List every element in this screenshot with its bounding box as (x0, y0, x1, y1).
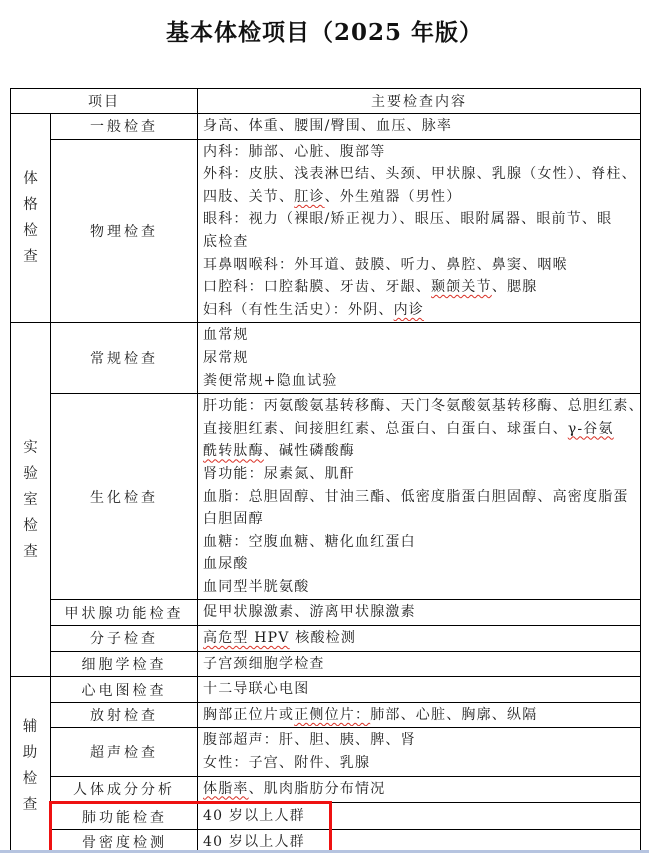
table-row: 分子检查高危型 HPV 核酸检测 (11, 626, 641, 652)
table-row: 体 格 检 查一般检查身高、体重、腰围/臀围、血压、脉率 (11, 114, 641, 140)
content-line: 血常规 (203, 324, 638, 347)
subcategory-cell: 人体成分分析 (51, 776, 198, 803)
content-line: 促甲状腺激素、游离甲状腺激素 (203, 601, 638, 624)
content-cell: 腹部超声：肝、胆、胰、脾、肾女性：子宫、附件、乳腺 (198, 728, 641, 776)
table-row: 生化检查肝功能：丙氨酸氨基转移酶、天门冬氨酸氨基转移酶、总胆红素、直接胆红素、间… (11, 394, 641, 600)
content-line: 粪便常规+隐血试验 (203, 370, 638, 393)
spellcheck-underlined-text: γ-谷氨 (568, 421, 614, 437)
content-cell: 内科：肺部、心脏、腹部等外科：皮肤、浅表淋巴结、头颈、甲状腺、乳腺（女性）、脊柱… (198, 139, 641, 323)
content-line: 内科：肺部、心脏、腹部等 (203, 141, 638, 164)
category-cell: 实 验 室 检 查 (11, 323, 51, 677)
content-cell: 血常规尿常规粪便常规+隐血试验 (198, 323, 641, 394)
content-line: 血脂：总胆固醇、甘油三酯、低密度脂蛋白胆固醇、高密度脂蛋 (203, 486, 638, 509)
subcategory-cell: 分子检查 (51, 626, 198, 652)
table-row: 辅 助 检 查心电图检查十二导联心电图 (11, 677, 641, 703)
table-row: 放射检查胸部正位片或正侧位片：肺部、心脏、胸廓、纵隔 (11, 702, 641, 728)
content-line: 酰转肽酶、碱性磷酸酶 (203, 440, 638, 463)
document-page: 基本体检项目（2025 年版） 项目 主要检查内容 体 格 检 查一般检查身高、… (0, 0, 649, 853)
table-row: 物理检查内科：肺部、心脏、腹部等外科：皮肤、浅表淋巴结、头颈、甲状腺、乳腺（女性… (11, 139, 641, 323)
content-line: 体脂率、肌肉脂肪分布情况 (203, 778, 638, 801)
content-cell: 十二导联心电图 (198, 677, 641, 703)
content-cell: 促甲状腺激素、游离甲状腺激素 (198, 600, 641, 626)
content-cell: 肝功能：丙氨酸氨基转移酶、天门冬氨酸氨基转移酶、总胆红素、直接胆红素、间接胆红素… (198, 394, 641, 600)
content-cell: 胸部正位片或正侧位片：肺部、心脏、胸廓、纵隔 (198, 702, 641, 728)
content-line: 胸部正位片或正侧位片：肺部、心脏、胸廓、纵隔 (203, 704, 638, 727)
content-line: 尿常规 (203, 347, 638, 370)
spellcheck-underlined-text: 颞颌关节 (431, 279, 492, 295)
subcategory-cell: 放射检查 (51, 702, 198, 728)
content-cell: 体脂率、肌肉脂肪分布情况 (198, 776, 641, 803)
subcategory-cell: 心电图检查 (51, 677, 198, 703)
subcategory-cell: 超声检查 (51, 728, 198, 776)
spellcheck-underlined-text: 酰转肽酶 (203, 443, 264, 459)
content-line: 直接胆红素、间接胆红素、总蛋白、白蛋白、球蛋白、γ-谷氨 (203, 418, 638, 441)
content-line: 身高、体重、腰围/臀围、血压、脉率 (203, 115, 638, 138)
table-row: 实 验 室 检 查常规检查血常规尿常规粪便常规+隐血试验 (11, 323, 641, 394)
subcategory-cell: 肺功能检查 (51, 803, 198, 830)
content-line: 十二导联心电图 (203, 678, 638, 701)
table-header-row: 项目 主要检查内容 (11, 89, 641, 114)
exam-items-table: 项目 主要检查内容 体 格 检 查一般检查身高、体重、腰围/臀围、血压、脉率物理… (10, 88, 641, 853)
spellcheck-underlined-text: 高危型 HPV (203, 630, 290, 646)
table-row: 肺功能检查40 岁以上人群 (11, 803, 641, 830)
content-line: 血同型半胱氨酸 (203, 576, 638, 599)
content-line: 底检查 (203, 231, 638, 254)
table-row: 人体成分分析体脂率、肌肉脂肪分布情况 (11, 776, 641, 803)
content-line: 妇科（有性生活史）：外阴、内诊 (203, 299, 638, 322)
subcategory-cell: 物理检查 (51, 139, 198, 323)
subcategory-cell: 一般检查 (51, 114, 198, 140)
content-cell: 40 岁以上人群 (198, 803, 331, 830)
header-item-column: 项目 (11, 89, 198, 114)
table-body: 体 格 检 查一般检查身高、体重、腰围/臀围、血压、脉率物理检查内科：肺部、心脏… (11, 114, 641, 853)
content-line: 四肢、关节、肛诊、外生殖器（男性） (203, 186, 638, 209)
content-cell: 高危型 HPV 核酸检测 (198, 626, 641, 652)
content-line: 40 岁以上人群 (203, 805, 327, 828)
table-row: 超声检查腹部超声：肝、胆、胰、脾、肾女性：子宫、附件、乳腺 (11, 728, 641, 776)
content-line: 腹部超声：肝、胆、胰、脾、肾 (203, 729, 638, 752)
subcategory-cell: 细胞学检查 (51, 651, 198, 677)
subcategory-cell: 甲状腺功能检查 (51, 600, 198, 626)
spellcheck-underlined-text: 体脂率 (203, 781, 249, 797)
subcategory-cell: 常规检查 (51, 323, 198, 394)
content-line: 高危型 HPV 核酸检测 (203, 627, 638, 650)
content-line: 白胆固醇 (203, 508, 638, 531)
header-content-column: 主要检查内容 (198, 89, 641, 114)
content-line: 子宫颈细胞学检查 (203, 653, 638, 676)
content-line: 肝功能：丙氨酸氨基转移酶、天门冬氨酸氨基转移酶、总胆红素、 (203, 395, 638, 418)
content-line: 外科：皮肤、浅表淋巴结、头颈、甲状腺、乳腺（女性）、脊柱、 (203, 163, 638, 186)
spellcheck-underlined-text: 肛诊 (294, 189, 324, 205)
content-line: 口腔科：口腔黏膜、牙齿、牙龈、颞颌关节、腮腺 (203, 276, 638, 299)
spellcheck-underlined-text: 内诊 (394, 302, 424, 318)
content-cell: 身高、体重、腰围/臀围、血压、脉率 (198, 114, 641, 140)
content-line: 眼科：视力（裸眼/矫正视力）、眼压、眼附属器、眼前节、眼 (203, 208, 638, 231)
empty-cell (331, 803, 641, 830)
content-line: 肾功能：尿素氮、肌酐 (203, 463, 638, 486)
content-cell: 子宫颈细胞学检查 (198, 651, 641, 677)
content-line: 女性：子宫、附件、乳腺 (203, 752, 638, 775)
spellcheck-underlined-text: 正侧位片： (294, 707, 370, 723)
page-title: 基本体检项目（2025 年版） (0, 14, 649, 47)
subcategory-cell: 生化检查 (51, 394, 198, 600)
content-line: 血尿酸 (203, 553, 638, 576)
content-line: 耳鼻咽喉科：外耳道、鼓膜、听力、鼻腔、鼻窦、咽喉 (203, 254, 638, 277)
category-cell: 体 格 检 查 (11, 114, 51, 323)
category-cell: 辅 助 检 查 (11, 677, 51, 853)
table-row: 细胞学检查子宫颈细胞学检查 (11, 651, 641, 677)
content-line: 血糖：空腹血糖、糖化血红蛋白 (203, 531, 638, 554)
table-row: 甲状腺功能检查促甲状腺激素、游离甲状腺激素 (11, 600, 641, 626)
